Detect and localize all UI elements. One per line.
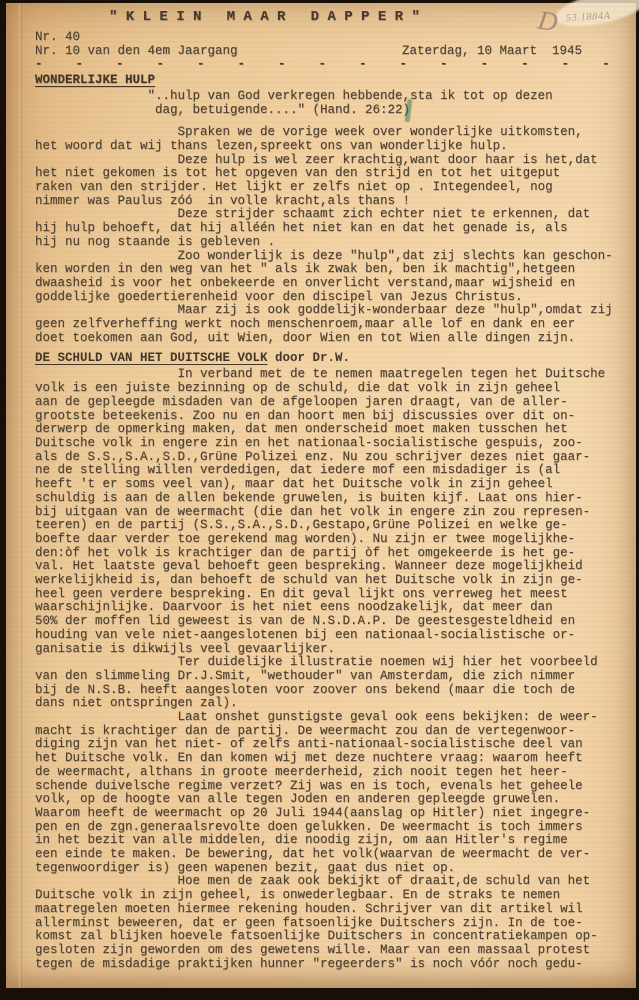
date-line: Zaterdag, 10 Maart 1945 <box>402 45 582 59</box>
volume-line: Nr. 10 van den 4em Jaargang <box>35 45 238 59</box>
pencil-annotation-code: 53.1884A <box>566 11 611 24</box>
document-photo: " K L E I N M A A R D A P P E R " Nr. 40… <box>0 0 639 1000</box>
article-1-body: Spraken we de vorige week over wonderlij… <box>35 126 620 345</box>
article-1-heading: WONDERLIJKE HULP <box>35 74 620 88</box>
article-1-heading-text: WONDERLIJKE HULP <box>35 73 155 87</box>
article-2-body: In verband met de te nemen maatregelen t… <box>35 368 620 971</box>
article-2-heading: DE SCHULD VAN HET DUITSCHE VOLK door Dr.… <box>35 351 620 366</box>
dash-divider: - - - - - - - - - - - - - - - <box>35 58 620 72</box>
pencil-annotation-letter: D <box>536 5 560 39</box>
article-2-byline: door Dr.W. <box>268 351 351 365</box>
article-1-quote: "..hulp van God verkregen hebbende,sta i… <box>35 90 620 117</box>
volume-date-row: Nr. 10 van den 4em Jaargang Zaterdag, 10… <box>35 45 620 59</box>
paper-fold-line <box>19 3 22 988</box>
article-2-heading-text: DE SCHULD VAN HET DUITSCHE VOLK <box>35 351 268 365</box>
issue-number: Nr. 40 <box>35 31 620 45</box>
newspaper-page: " K L E I N M A A R D A P P E R " Nr. 40… <box>6 3 636 988</box>
